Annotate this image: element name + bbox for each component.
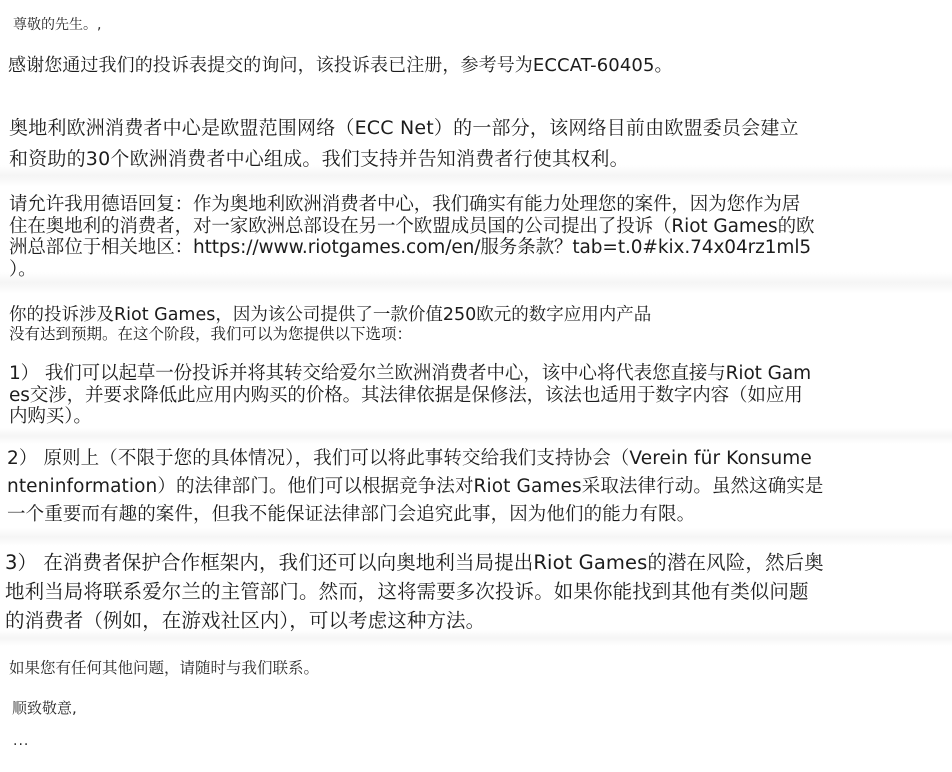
option-1-paragraph: 1） 我们可以起草一份投诉并将其转交给爱尔兰欧洲消费者中心，该中心将代表您直接与…	[9, 363, 811, 428]
option-line: es交涉，并要求降低此应用内购买的价格。其法律依据是保修法，该法也适用于数字内容…	[9, 385, 811, 407]
option-line: 内购买）。	[9, 406, 811, 428]
german-reply-line: 住在奥地利的消费者，对一家欧洲总部设在另一个欧盟成员国的公司提出了投诉（Riot…	[9, 216, 814, 238]
complaint-line: 没有达到预期。在这个阶段，我们可以为您提供以下选项：	[9, 322, 412, 344]
option-line: 地利当局将联系爱尔兰的主管部门。然而，这将需要多次投诉。如果你能找到其他有类似问…	[5, 577, 824, 606]
option-line: 的消费者（例如，在游戏社区内），可以考虑这种方法。	[5, 606, 824, 635]
ellipsis: ...	[13, 733, 29, 749]
option-line: 1） 我们可以起草一份投诉并将其转交给爱尔兰欧洲消费者中心，该中心将代表您直接与…	[9, 363, 811, 385]
german-reply-line-with-link: 洲总部位于相关地区：https://www.riotgames.com/en/服…	[9, 237, 814, 259]
option-3-paragraph: 3） 在消费者保护合作框架内，我们还可以向奥地利当局提出Riot Games的潜…	[5, 548, 824, 635]
german-reply-paragraph: 请允许我用德语回复：作为奥地利欧洲消费者中心，我们确实有能力处理您的案件，因为您…	[9, 194, 814, 280]
letter-document: 尊敬的先生。, 感谢您通过我们的投诉表提交的询问，该投诉表已注册，参考号为ECC…	[0, 0, 952, 772]
closing-line: 如果您有任何其他问题，请随时与我们联系。	[9, 656, 319, 678]
intro-line: 和资助的30个欧洲消费者中心组成。我们支持并告知消费者行使其权利。	[9, 144, 799, 175]
option-line: 2） 原则上（不限于您的具体情况），我们可以将此事转交给我们支持协会（Verei…	[7, 445, 824, 473]
option-line: nteninformation）的法律部门。他们可以根据竞争法对Riot Gam…	[7, 473, 824, 501]
option-line: 3） 在消费者保护合作框架内，我们还可以向奥地利当局提出Riot Games的潜…	[5, 548, 824, 577]
option-2-paragraph: 2） 原则上（不限于您的具体情况），我们可以将此事转交给我们支持协会（Verei…	[7, 445, 824, 529]
intro-line: 奥地利欧洲消费者中心是欧盟范围网络（ECC Net）的一部分，该网络目前由欧盟委…	[9, 113, 799, 144]
german-reply-line: ）。	[9, 259, 814, 281]
section-divider	[0, 528, 952, 546]
greeting: 尊敬的先生。,	[13, 14, 101, 34]
intro-paragraph: 奥地利欧洲消费者中心是欧盟范围网络（ECC Net）的一部分，该网络目前由欧盟委…	[9, 113, 799, 175]
regards-line: 顺致敬意,	[12, 697, 77, 718]
german-reply-line: 请允许我用德语回复：作为奥地利欧洲消费者中心，我们确实有能力处理您的案件，因为您…	[9, 194, 814, 216]
section-divider	[0, 428, 952, 444]
thanks-reference-line: 感谢您通过我们的投诉表提交的询问，该投诉表已注册，参考号为ECCAT-60405…	[8, 51, 673, 77]
option-line: 一个重要而有趣的案件，但我不能保证法律部门会追究此事，因为他们的能力有限。	[7, 501, 824, 529]
